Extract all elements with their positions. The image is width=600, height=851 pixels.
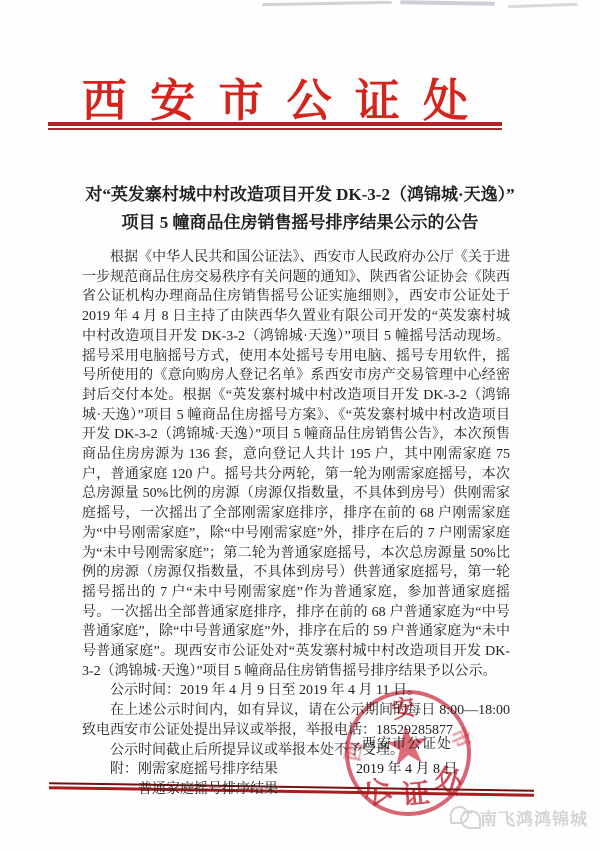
signature-date: 2019 年 4 月 8 日 — [356, 758, 458, 778]
scan-noise-mark — [508, 3, 578, 8]
attachment-item-1: 刚需家庭摇号排序结果 — [138, 760, 278, 780]
document-body: 根据《中华人民共和国公证法》、西安市人民政府办公厅《关于进一步规范商品住房交易秩… — [82, 248, 510, 800]
scanned-notice-page: 西 安 市 公 证 处 对“英发寨村城中村改造项目开发 DK-3-2（鸿锦城·天… — [0, 0, 600, 851]
document-title: 对“英发寨村城中村改造项目开发 DK-3-2（鸿锦城·天逸）” 项目 5 幢商品… — [42, 181, 558, 237]
attachment-item-2: 普通家庭摇号排序结果 — [138, 780, 278, 800]
watermark: 南飞鸿鸿锦城 — [450, 804, 588, 830]
letterhead-rule — [48, 122, 502, 130]
attachment-items: 刚需家庭摇号排序结果 普通家庭摇号排序结果 — [138, 760, 278, 799]
scan-noise-mark — [400, 0, 495, 6]
watermark-bird-logo-icon — [450, 804, 480, 830]
letterhead-rule-thick — [48, 122, 502, 126]
body-paragraph-main: 根据《中华人民共和国公证法》、西安市人民政府办公厅《关于进一步规范商品住房交易秩… — [82, 248, 510, 681]
document-title-line2: 项目 5 幢商品住房销售摇号排序结果公示的公告 — [42, 209, 558, 237]
body-paragraph-time: 公示时间：2019 年 4 月 9 日至 2019 年 4 月 11 日。 — [82, 681, 510, 701]
document-title-line1: 对“英发寨村城中村改造项目开发 DK-3-2（鸿锦城·天逸）” — [42, 181, 558, 209]
letterhead-office-name: 西 安 市 公 证 处 — [0, 64, 556, 129]
scan-noise-mark — [262, 1, 392, 6]
signature-office-name: 西安市公证处 — [362, 733, 452, 753]
watermark-text: 南飞鸿鸿锦城 — [480, 805, 588, 830]
attachment-label: 附： — [82, 760, 138, 799]
letterhead-rule-thin — [48, 128, 502, 130]
